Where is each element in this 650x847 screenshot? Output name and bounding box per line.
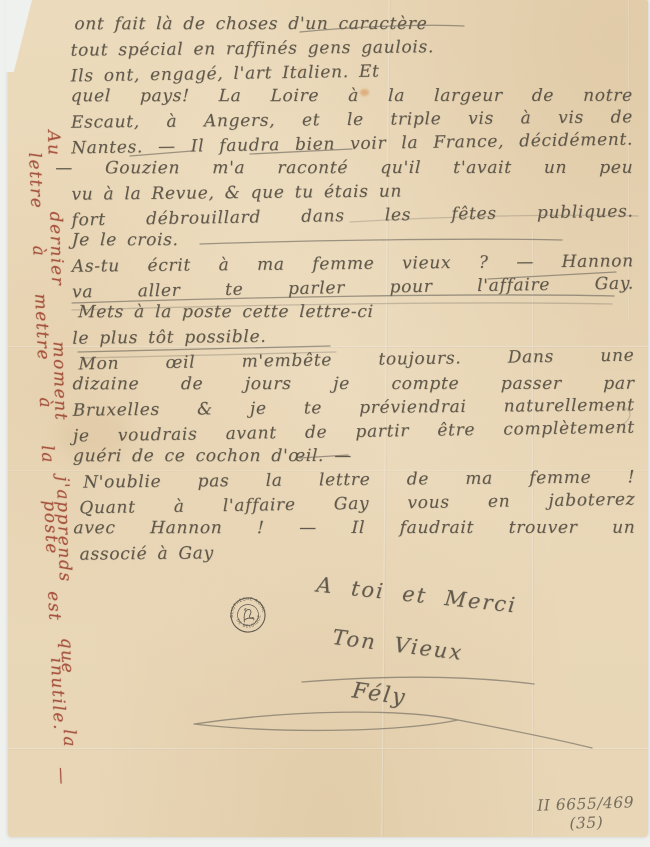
letter-line: avec Hannon ! — Il faudrait trouver un <box>73 516 636 540</box>
stamp-lion-emblem <box>242 607 254 621</box>
letter-line: Je le crois. <box>71 228 634 252</box>
catalog-number: II 6655/469 <box>529 793 642 816</box>
letter-line: dizaine de jours je compte passer par <box>72 372 635 396</box>
letter-line: — Gouzien m'a raconté qu'il t'avait un p… <box>55 156 634 181</box>
letter-line: associé à Gay <box>80 537 636 566</box>
letter-line: guéri de ce cochon d'œil. — <box>73 444 636 468</box>
library-stamp-icon: BIBLIOTHÈQUE ROYALE DE BELGIQUE <box>224 591 271 638</box>
letter-line: ont fait là de choses d'un caractère <box>74 12 633 36</box>
catalog-block: II 6655/469 (35) <box>529 793 642 835</box>
copy-number: (35) <box>530 812 643 835</box>
letter-line: quel pays! La Loire à la largeur de notr… <box>70 84 633 108</box>
fold-crease-horizontal-3 <box>8 748 648 750</box>
letter-line: Mets à la poste cette lettre-ci <box>78 300 635 324</box>
letter-body: ont fait là de choses d'un caractèretout… <box>70 10 635 565</box>
scan-background: { "document": { "kind": "handwritten let… <box>0 0 650 847</box>
